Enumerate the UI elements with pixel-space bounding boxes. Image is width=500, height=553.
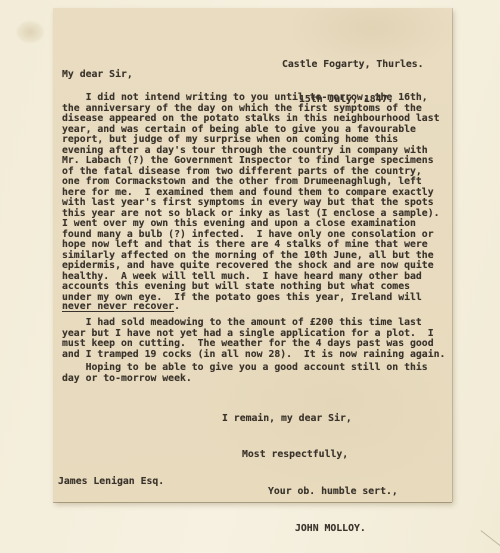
scanned-letter-background: Castle Fogarty, Thurles. 15th July, 1847… <box>0 0 500 553</box>
addressee: James Lenigan Esq. <box>58 477 164 488</box>
closing-block: I remain, my dear Sir, Most respectfully… <box>222 388 398 553</box>
letterhead-place: Castle Fogarty, Thurles. <box>282 59 424 71</box>
paper-stain <box>6 14 50 54</box>
signature: JOHN MOLLOY. <box>295 523 398 535</box>
paper-crease <box>480 530 500 547</box>
emphasis-period: . <box>174 301 180 312</box>
letter-paper: Castle Fogarty, Thurles. 15th July, 1847… <box>53 8 452 502</box>
closing-line-2: Most respectfully, <box>242 449 398 461</box>
closing-line-3: Your ob. humble sert., <box>268 486 398 498</box>
salutation: My dear Sir, <box>62 70 133 81</box>
body-paragraph-2: I had sold meadowing to the amount of £2… <box>62 318 445 360</box>
closing-line-1: I remain, my dear Sir, <box>222 413 398 425</box>
emphasis-line: never never recover. <box>62 302 180 313</box>
body-paragraph-3: Hoping to be able to give you a good acc… <box>62 363 428 384</box>
underlined-phrase: never never recover <box>62 301 174 312</box>
body-paragraph-1: I did not intend writing to you until to… <box>62 93 440 303</box>
